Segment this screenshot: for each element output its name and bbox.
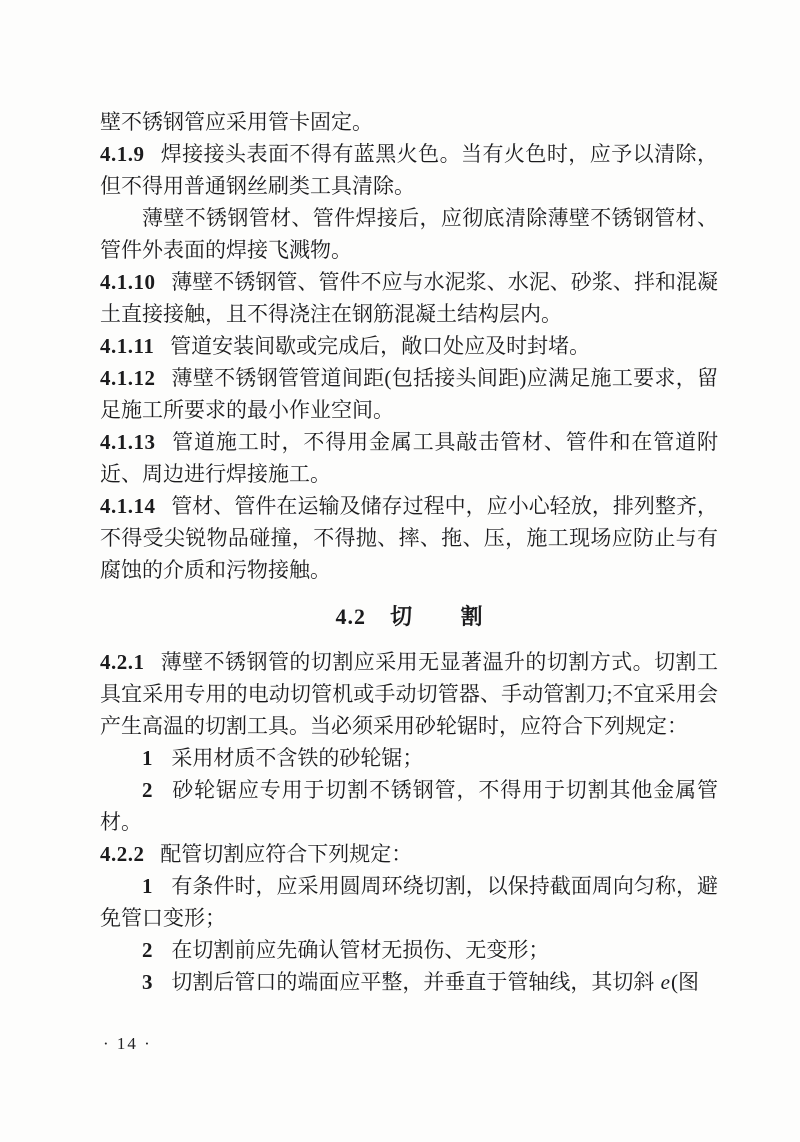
clause-text: 管道安装间歇或完成后，敞口处应及时封堵。: [170, 334, 590, 358]
subitem-1: 1采用材质不含铁的砂轮锯；: [100, 742, 718, 774]
item-number: 2: [142, 778, 153, 802]
item-number: 2: [142, 938, 153, 962]
item-number: 3: [142, 970, 153, 994]
clause-number: 4.1.12: [100, 366, 156, 390]
clause-text: 焊接接头表面不得有蓝黑火色。当有火色时，应予以清除，但不得用普通钢丝刷类工具清除…: [100, 142, 718, 198]
paragraph-welding-spatter: 薄壁不锈钢管材、管件焊接后，应彻底清除薄壁不锈钢管材、管件外表面的焊接飞溅物。: [100, 202, 718, 266]
clause-text: 薄壁不锈钢管管道间距(包括接头间距)应满足施工要求，留足施工所要求的最小作业空间…: [100, 366, 718, 422]
clause-4-2-1: 4.2.1薄壁不锈钢管的切割应采用无显著温升的切割方式。切割工具宜采用专用的电动…: [100, 646, 718, 742]
clause-number: 4.1.11: [100, 334, 154, 358]
clause-4-1-14: 4.1.14管材、管件在运输及储存过程中，应小心轻放，排列整齐，不得受尖锐物品碰…: [100, 490, 718, 586]
clause-4-1-13: 4.1.13管道施工时，不得用金属工具敲击管材、管件和在管道附近、周边进行焊接施…: [100, 426, 718, 490]
clause-number: 4.2.2: [100, 842, 145, 866]
subitem-2b: 2在切割前应先确认管材无损伤、无变形；: [100, 934, 718, 966]
clause-text: 配管切割应符合下列规定：: [160, 842, 412, 866]
clause-4-1-11: 4.1.11管道安装间歇或完成后，敞口处应及时封堵。: [100, 330, 718, 362]
clause-4-1-10: 4.1.10薄壁不锈钢管、管件不应与水泥浆、水泥、砂浆、拌和混凝土直接接触，且不…: [100, 266, 718, 330]
item-text: 砂轮锯应专用于切割不锈钢管，不得用于切割其他金属管材。: [100, 778, 718, 834]
item-text: 切割后管口的端面应平整，并垂直于管轴线，其切斜: [171, 970, 659, 994]
item-text: 采用材质不含铁的砂轮锯；: [171, 746, 423, 770]
subitem-1b: 1有条件时，应采用圆周环绕切割，以保持截面周向匀称，避免管口变形；: [100, 870, 718, 934]
paragraph-continuation: 壁不锈钢管应采用管卡固定。: [100, 106, 718, 138]
clause-number: 4.1.10: [100, 270, 156, 294]
item-text: 有条件时，应采用圆周环绕切割，以保持截面周向匀称，避免管口变形；: [100, 874, 718, 930]
document-page: 壁不锈钢管应采用管卡固定。 4.1.9焊接接头表面不得有蓝黑火色。当有火色时，应…: [0, 0, 800, 1142]
item-number: 1: [142, 874, 153, 898]
clause-text: 薄壁不锈钢管的切割应采用无显著温升的切割方式。切割工具宜采用专用的电动切管机或手…: [100, 650, 718, 738]
clause-number: 4.1.9: [100, 142, 145, 166]
item-text: 在切割前应先确认管材无损伤、无变形；: [171, 938, 549, 962]
section-heading-4-2: 4.2切割: [100, 601, 718, 633]
section-number: 4.2: [335, 604, 366, 629]
section-title-char-2: 割: [461, 604, 483, 629]
subitem-3b: 3切割后管口的端面应平整，并垂直于管轴线，其切斜 e(图: [100, 966, 718, 998]
clause-4-2-2: 4.2.2配管切割应符合下列规定：: [100, 838, 718, 870]
page-number: · 14 ·: [103, 1031, 152, 1057]
variable-e: e: [660, 970, 671, 994]
clause-4-1-12: 4.1.12薄壁不锈钢管管道间距(包括接头间距)应满足施工要求，留足施工所要求的…: [100, 362, 718, 426]
clause-number: 4.1.14: [100, 494, 156, 518]
clause-4-1-9: 4.1.9焊接接头表面不得有蓝黑火色。当有火色时，应予以清除，但不得用普通钢丝刷…: [100, 138, 718, 202]
clause-text: 薄壁不锈钢管、管件不应与水泥浆、水泥、砂浆、拌和混凝土直接接触，且不得浇注在钢筋…: [100, 270, 718, 326]
subitem-2: 2砂轮锯应专用于切割不锈钢管，不得用于切割其他金属管材。: [100, 774, 718, 838]
clause-number: 4.1.13: [100, 430, 156, 454]
item-text-after: (图: [671, 970, 699, 994]
section-title-char-1: 切: [390, 604, 412, 629]
item-number: 1: [142, 746, 153, 770]
clause-text: 管道施工时，不得用金属工具敲击管材、管件和在管道附近、周边进行焊接施工。: [100, 430, 718, 486]
clause-number: 4.2.1: [100, 650, 145, 674]
clause-text: 管材、管件在运输及储存过程中，应小心轻放，排列整齐，不得受尖锐物品碰撞，不得抛、…: [100, 494, 718, 582]
page-body: 壁不锈钢管应采用管卡固定。 4.1.9焊接接头表面不得有蓝黑火色。当有火色时，应…: [100, 106, 718, 998]
